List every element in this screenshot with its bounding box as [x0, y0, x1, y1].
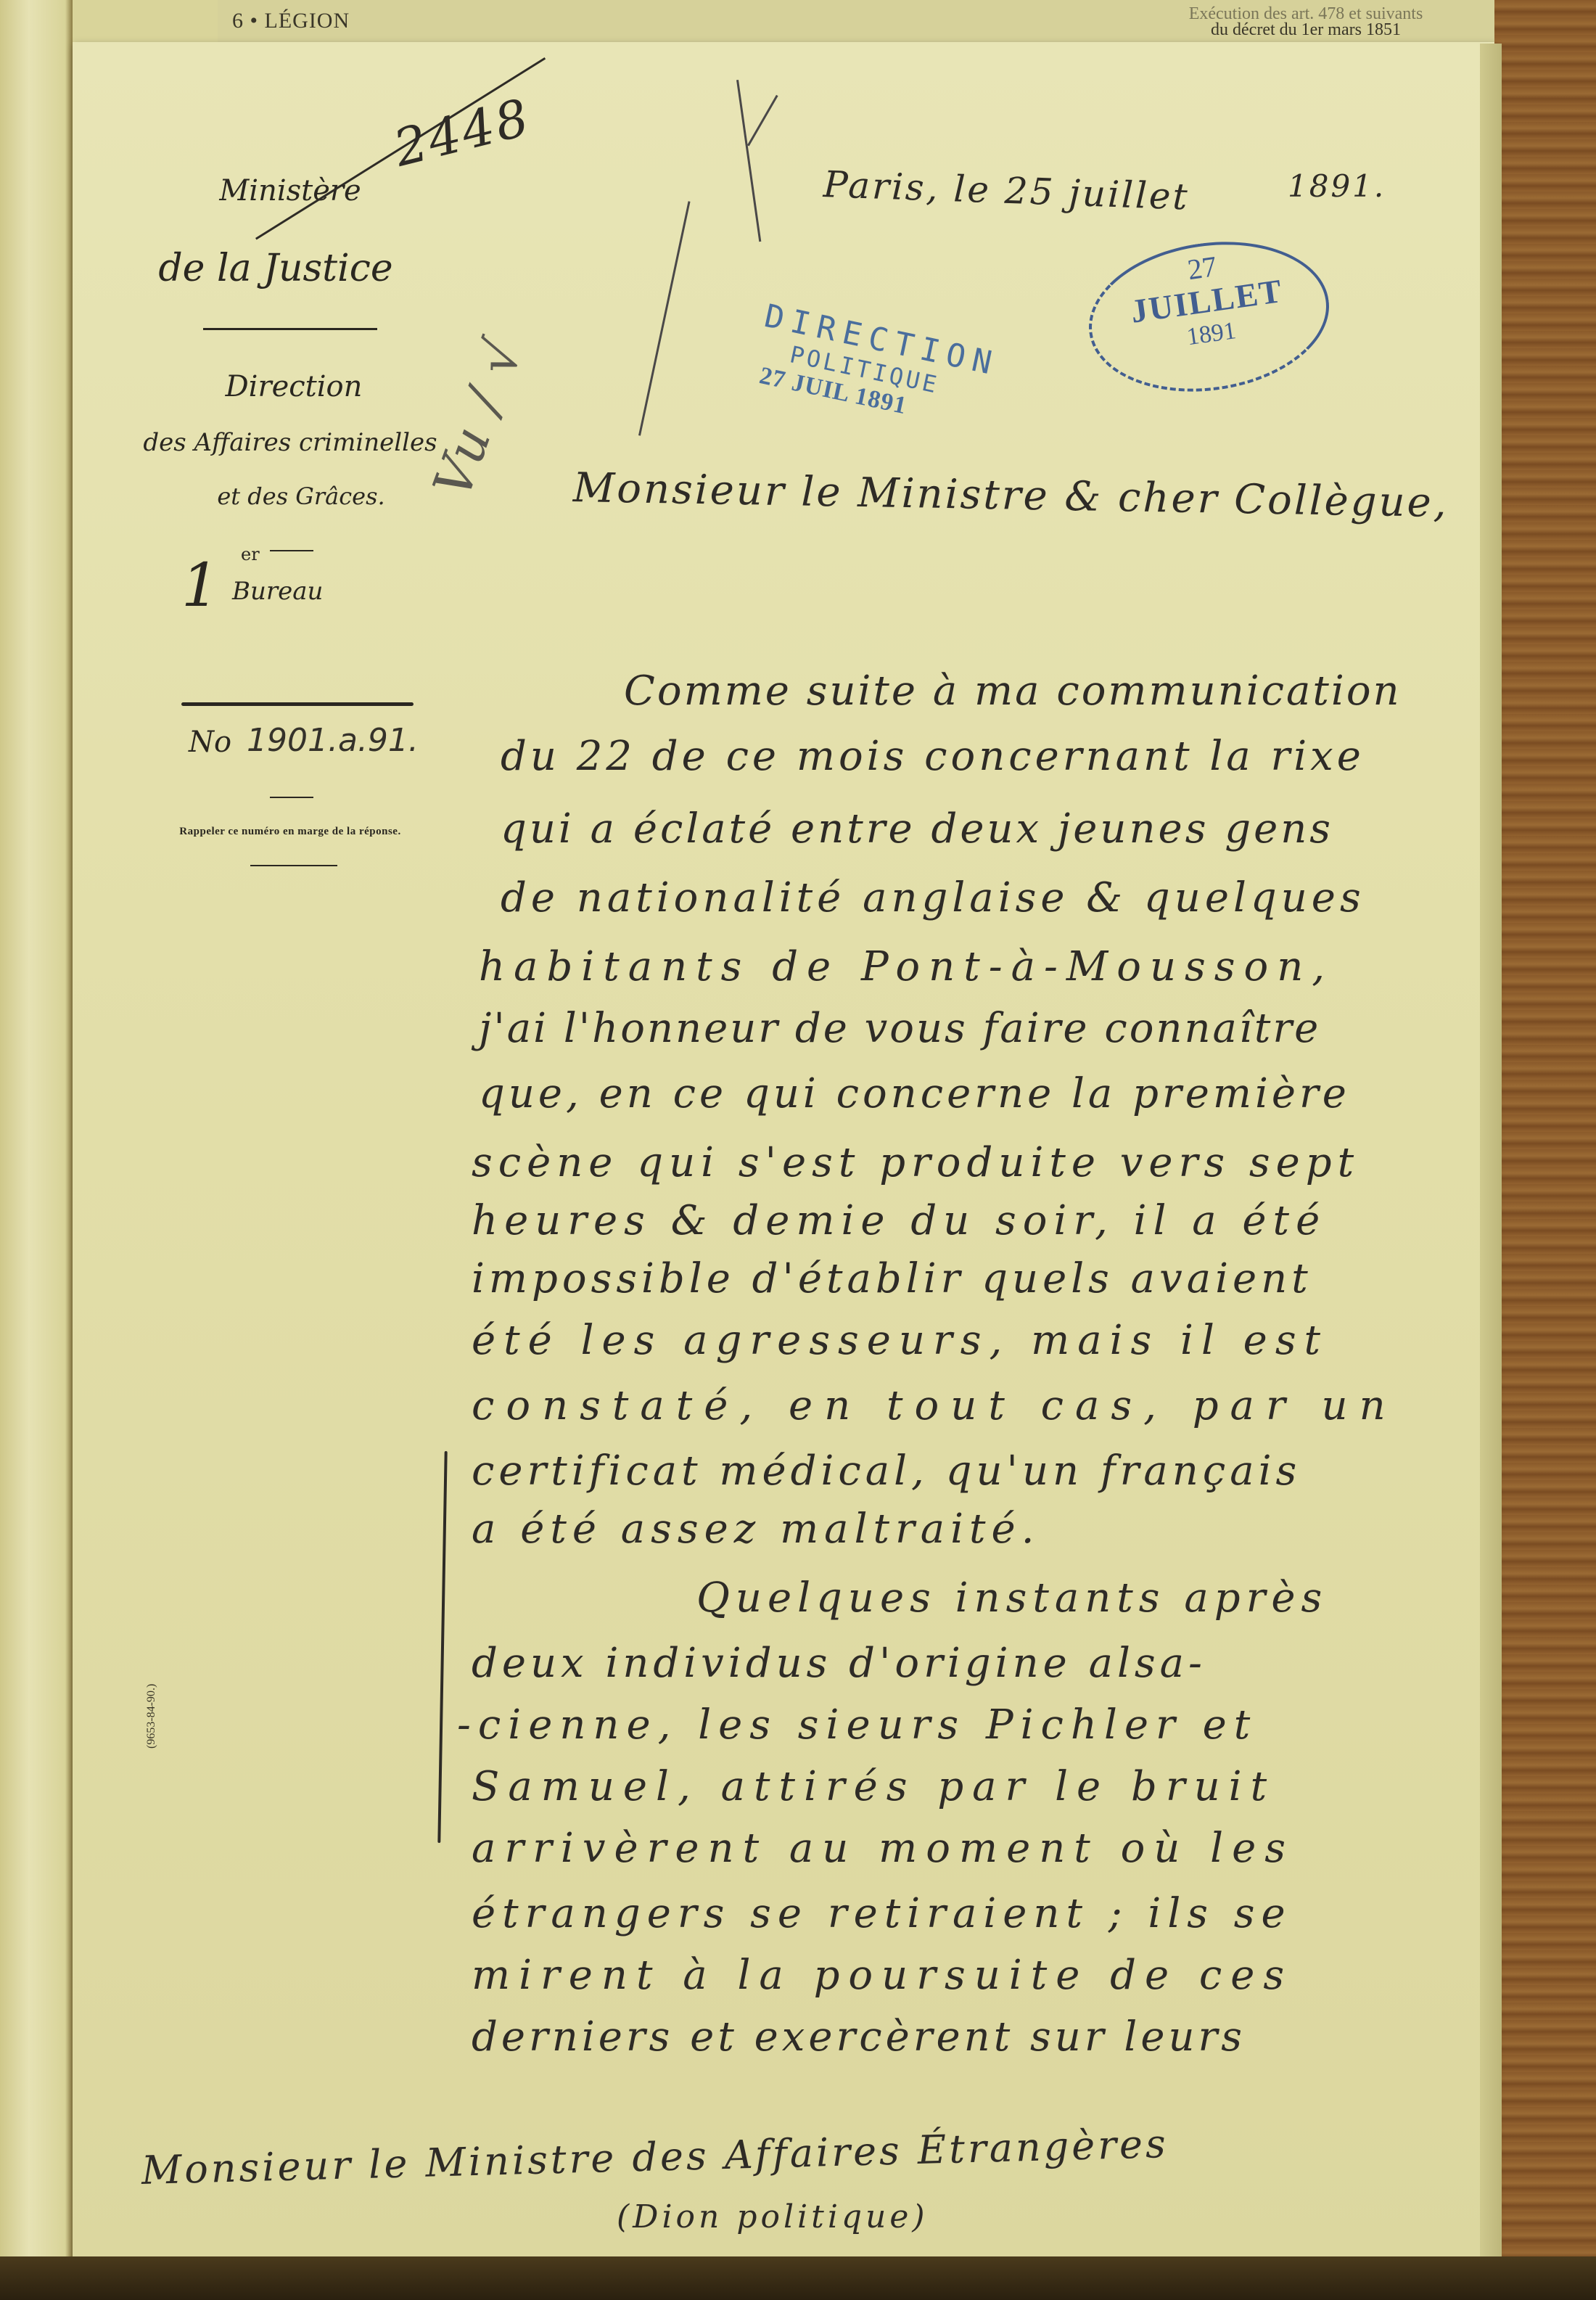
- folder-edge: [0, 0, 73, 2278]
- letter-line: mirent à la poursuite de ces: [472, 1952, 1293, 1999]
- reference-note: Rappeler ce numéro en marge de la répons…: [123, 826, 457, 838]
- letter-line: constaté, en tout cas, par un: [472, 1382, 1397, 1429]
- letterhead-graces: et des Grâces.: [181, 482, 421, 510]
- letter-line: derniers et exercèrent sur leurs: [472, 2013, 1246, 2061]
- decree-header-line2: du décret du 1er mars 1851: [1132, 22, 1480, 38]
- letter-line: heures & demie du soir, il a été: [472, 1197, 1326, 1244]
- letter-line: qui a éclaté entre deux jeunes gens: [501, 805, 1333, 853]
- paper-stack-edge: [1480, 44, 1502, 2264]
- letter-line: j'ai l'honneur de vous faire connaître: [479, 1005, 1320, 1052]
- letterhead-divider: [270, 797, 313, 798]
- decree-header: Exécution des art. 478 et suivants du dé…: [1132, 6, 1480, 38]
- letter-line: arrivèrent au moment où les: [472, 1825, 1294, 1872]
- date-year: 1891.: [1288, 168, 1386, 204]
- letter-line: habitants de Pont-à-Mousson,: [479, 943, 1333, 990]
- letter-line: deux individus d'origine alsa-: [472, 1640, 1206, 1687]
- addressee-subline: (Dion politique): [617, 2198, 929, 2235]
- decree-header-line1: Exécution des art. 478 et suivants: [1132, 6, 1480, 22]
- letter-line: -cienne, les sieurs Pichler et: [457, 1701, 1257, 1749]
- bureau-label: Bureau: [232, 577, 348, 606]
- letter-line: a été assez maltraité.: [472, 1506, 1040, 1553]
- letterhead-divider: [203, 328, 377, 330]
- letter-line: scène qui s'est produite vers sept: [472, 1139, 1360, 1186]
- reference-label: No: [189, 726, 247, 759]
- letterhead-ornament-rule: [181, 702, 414, 706]
- wooden-table: [1494, 0, 1596, 2300]
- legion-tab-label: 6 • LÉGION: [232, 9, 350, 33]
- letter-line: été les agresseurs, mais il est: [472, 1317, 1328, 1364]
- letterhead-affaires: des Affaires criminelles: [116, 428, 464, 457]
- letter-line: que, en ce qui concerne la première: [479, 1070, 1350, 1117]
- letterhead-ornament-rule: [250, 865, 337, 866]
- printer-mark: (9653-84-90.): [145, 1684, 158, 1749]
- bureau-number: 1: [181, 551, 219, 620]
- letterhead-justice: de la Justice: [123, 247, 428, 290]
- letter-line: étrangers se retiraient ; ils se: [472, 1890, 1292, 1937]
- reference-number: 1901.a.91.: [247, 722, 421, 759]
- letterhead-direction: Direction: [174, 370, 414, 403]
- letter-line: Samuel, attirés par le bruit: [472, 1763, 1275, 1810]
- letter-line: impossible d'établir quels avaient: [472, 1255, 1312, 1302]
- letterhead-ministry: Ministère: [181, 174, 399, 208]
- page-bottom-shadow: [0, 2256, 1596, 2300]
- letter-line: certificat médical, qu'un français: [472, 1447, 1301, 1495]
- letter-line: de nationalité anglaise & quelques: [501, 874, 1365, 921]
- letter-line: Comme suite à ma communication: [624, 668, 1402, 715]
- bureau-suffix: er: [241, 544, 260, 564]
- letterhead-divider: [270, 550, 313, 551]
- letter-line: du 22 de ce mois concernant la rixe: [501, 733, 1365, 780]
- letter-line: Quelques instants après: [696, 1574, 1328, 1622]
